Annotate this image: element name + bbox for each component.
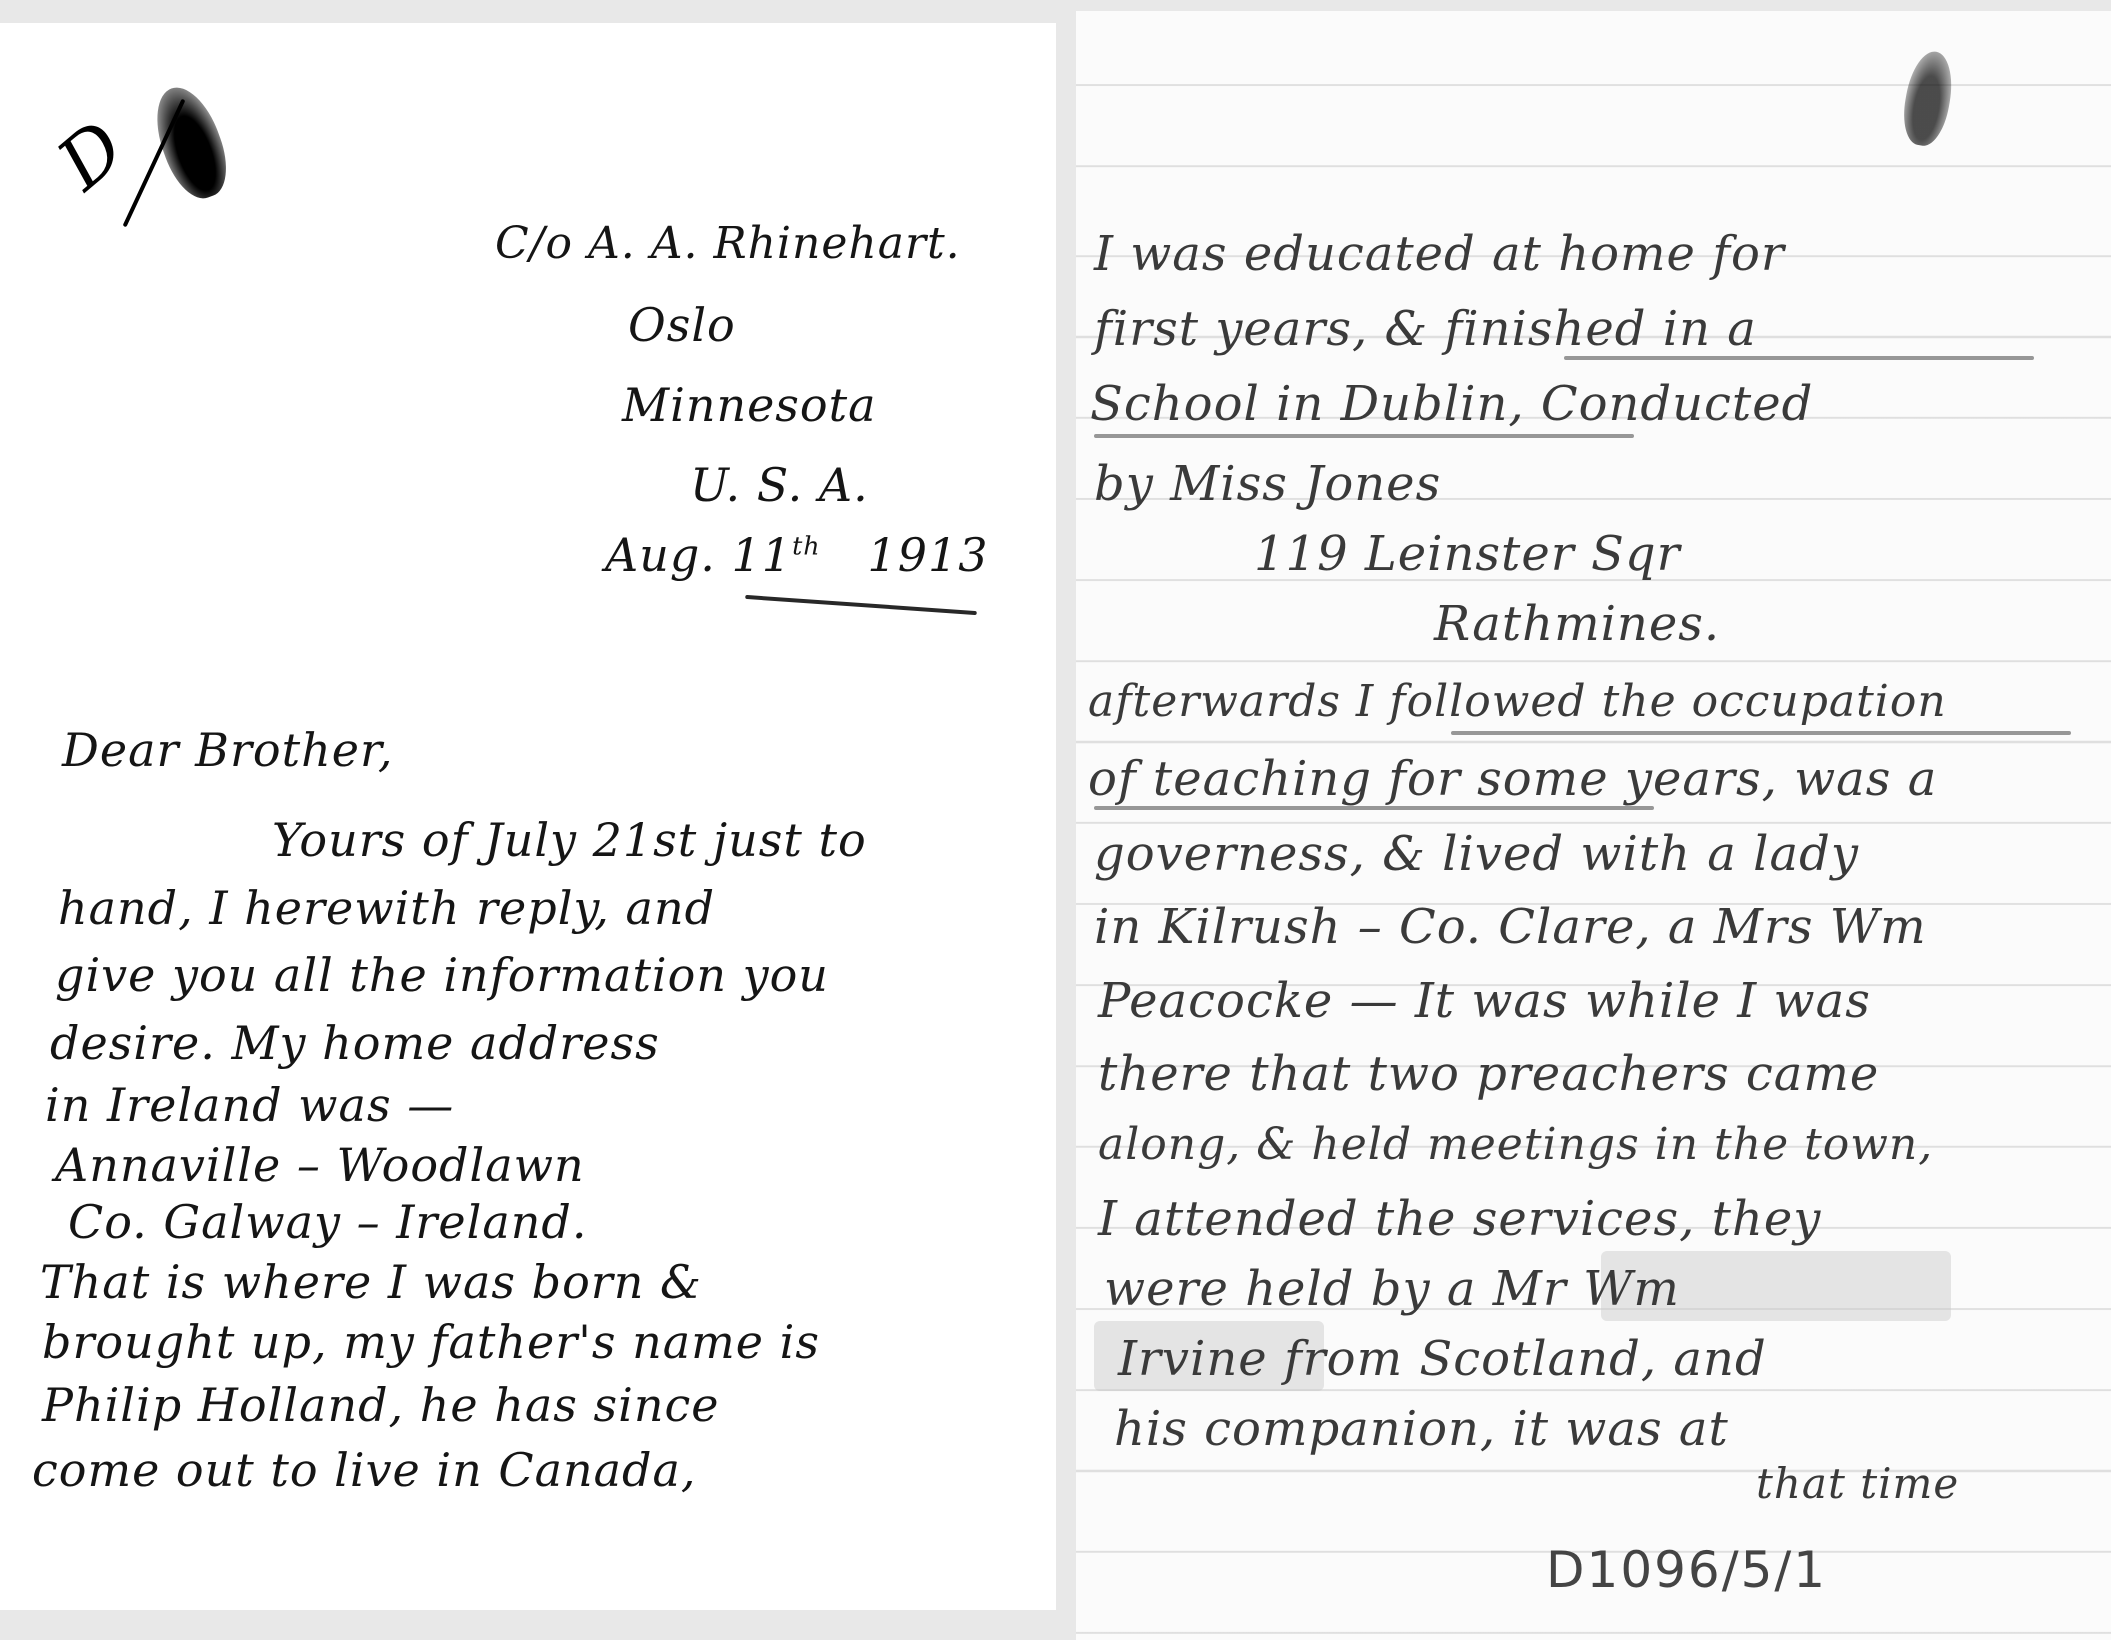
body-line: That is where I was born & [40, 1255, 702, 1309]
body-line: brought up, my father's name is [42, 1315, 820, 1369]
ink-blot-icon [144, 79, 238, 207]
body-line: afterwards I followed the occupation [1088, 676, 1947, 727]
address-state: Minnesota [622, 378, 877, 432]
letter-page-right: I was educated at home for first years, … [1076, 11, 2111, 1640]
pencil-underline [1094, 806, 1654, 810]
body-line: Philip Holland, he has since [42, 1378, 719, 1432]
body-line: hand, I herewith reply, and [58, 881, 715, 935]
date-year: 1913 [867, 528, 988, 582]
body-line: governess, & lived with a lady [1094, 826, 1859, 882]
body-line: first years, & finished in a [1094, 301, 1757, 357]
body-line: Co. Galway – Ireland. [68, 1195, 587, 1249]
archive-reference-number: D1096/5/1 [1546, 1541, 1827, 1599]
pencil-underline [1564, 356, 2034, 360]
body-line: I was educated at home for [1094, 226, 1785, 282]
body-line: give you all the information you [55, 948, 829, 1002]
corner-annotation-mark: D [42, 104, 140, 205]
body-line: Peacocke — It was while I was [1098, 973, 1871, 1029]
pencil-underline [1094, 434, 1634, 438]
body-line: come out to live in Canada, [32, 1443, 697, 1497]
pencil-underline [1451, 731, 2071, 735]
date-underline [745, 595, 977, 615]
body-line: of teaching for some years, was a [1088, 751, 1937, 807]
body-line: in Kilrush – Co. Clare, a Mrs Wm [1094, 899, 1927, 955]
body-line: were held by a Mr Wm [1104, 1261, 1680, 1317]
body-line: I attended the services, they [1098, 1191, 1821, 1247]
address-city: Oslo [628, 298, 736, 352]
body-line: Irvine from Scotland, and [1118, 1331, 1767, 1387]
body-line: Annaville – Woodlawn [55, 1138, 585, 1192]
body-line: Yours of July 21st just to [272, 813, 867, 867]
letter-page-left: D C/o A. A. Rhinehart. Oslo Minnesota U.… [0, 23, 1056, 1610]
body-line: in Ireland was — [45, 1078, 454, 1132]
body-line: along, & held meetings in the town, [1098, 1119, 1933, 1170]
body-line: that time [1756, 1459, 1959, 1508]
body-line: 119 Leinster Sqr [1254, 526, 1681, 582]
letter-date: Aug. 11th 1913 [605, 528, 989, 582]
address-care-of: C/o A. A. Rhinehart. [495, 218, 961, 269]
date-suffix: th [792, 532, 820, 561]
address-country: U. S. A. [690, 458, 869, 512]
salutation: Dear Brother, [62, 723, 394, 777]
date-day: Aug. 11 [605, 528, 792, 582]
ink-smudge-icon [1898, 48, 1958, 149]
body-line: there that two preachers came [1098, 1046, 1879, 1102]
body-line: desire. My home address [50, 1016, 660, 1070]
body-line: School in Dublin, Conducted [1090, 376, 1813, 432]
body-line: his companion, it was at [1114, 1401, 1729, 1457]
body-line: by Miss Jones [1094, 456, 1441, 512]
body-line: Rathmines. [1434, 596, 1720, 652]
